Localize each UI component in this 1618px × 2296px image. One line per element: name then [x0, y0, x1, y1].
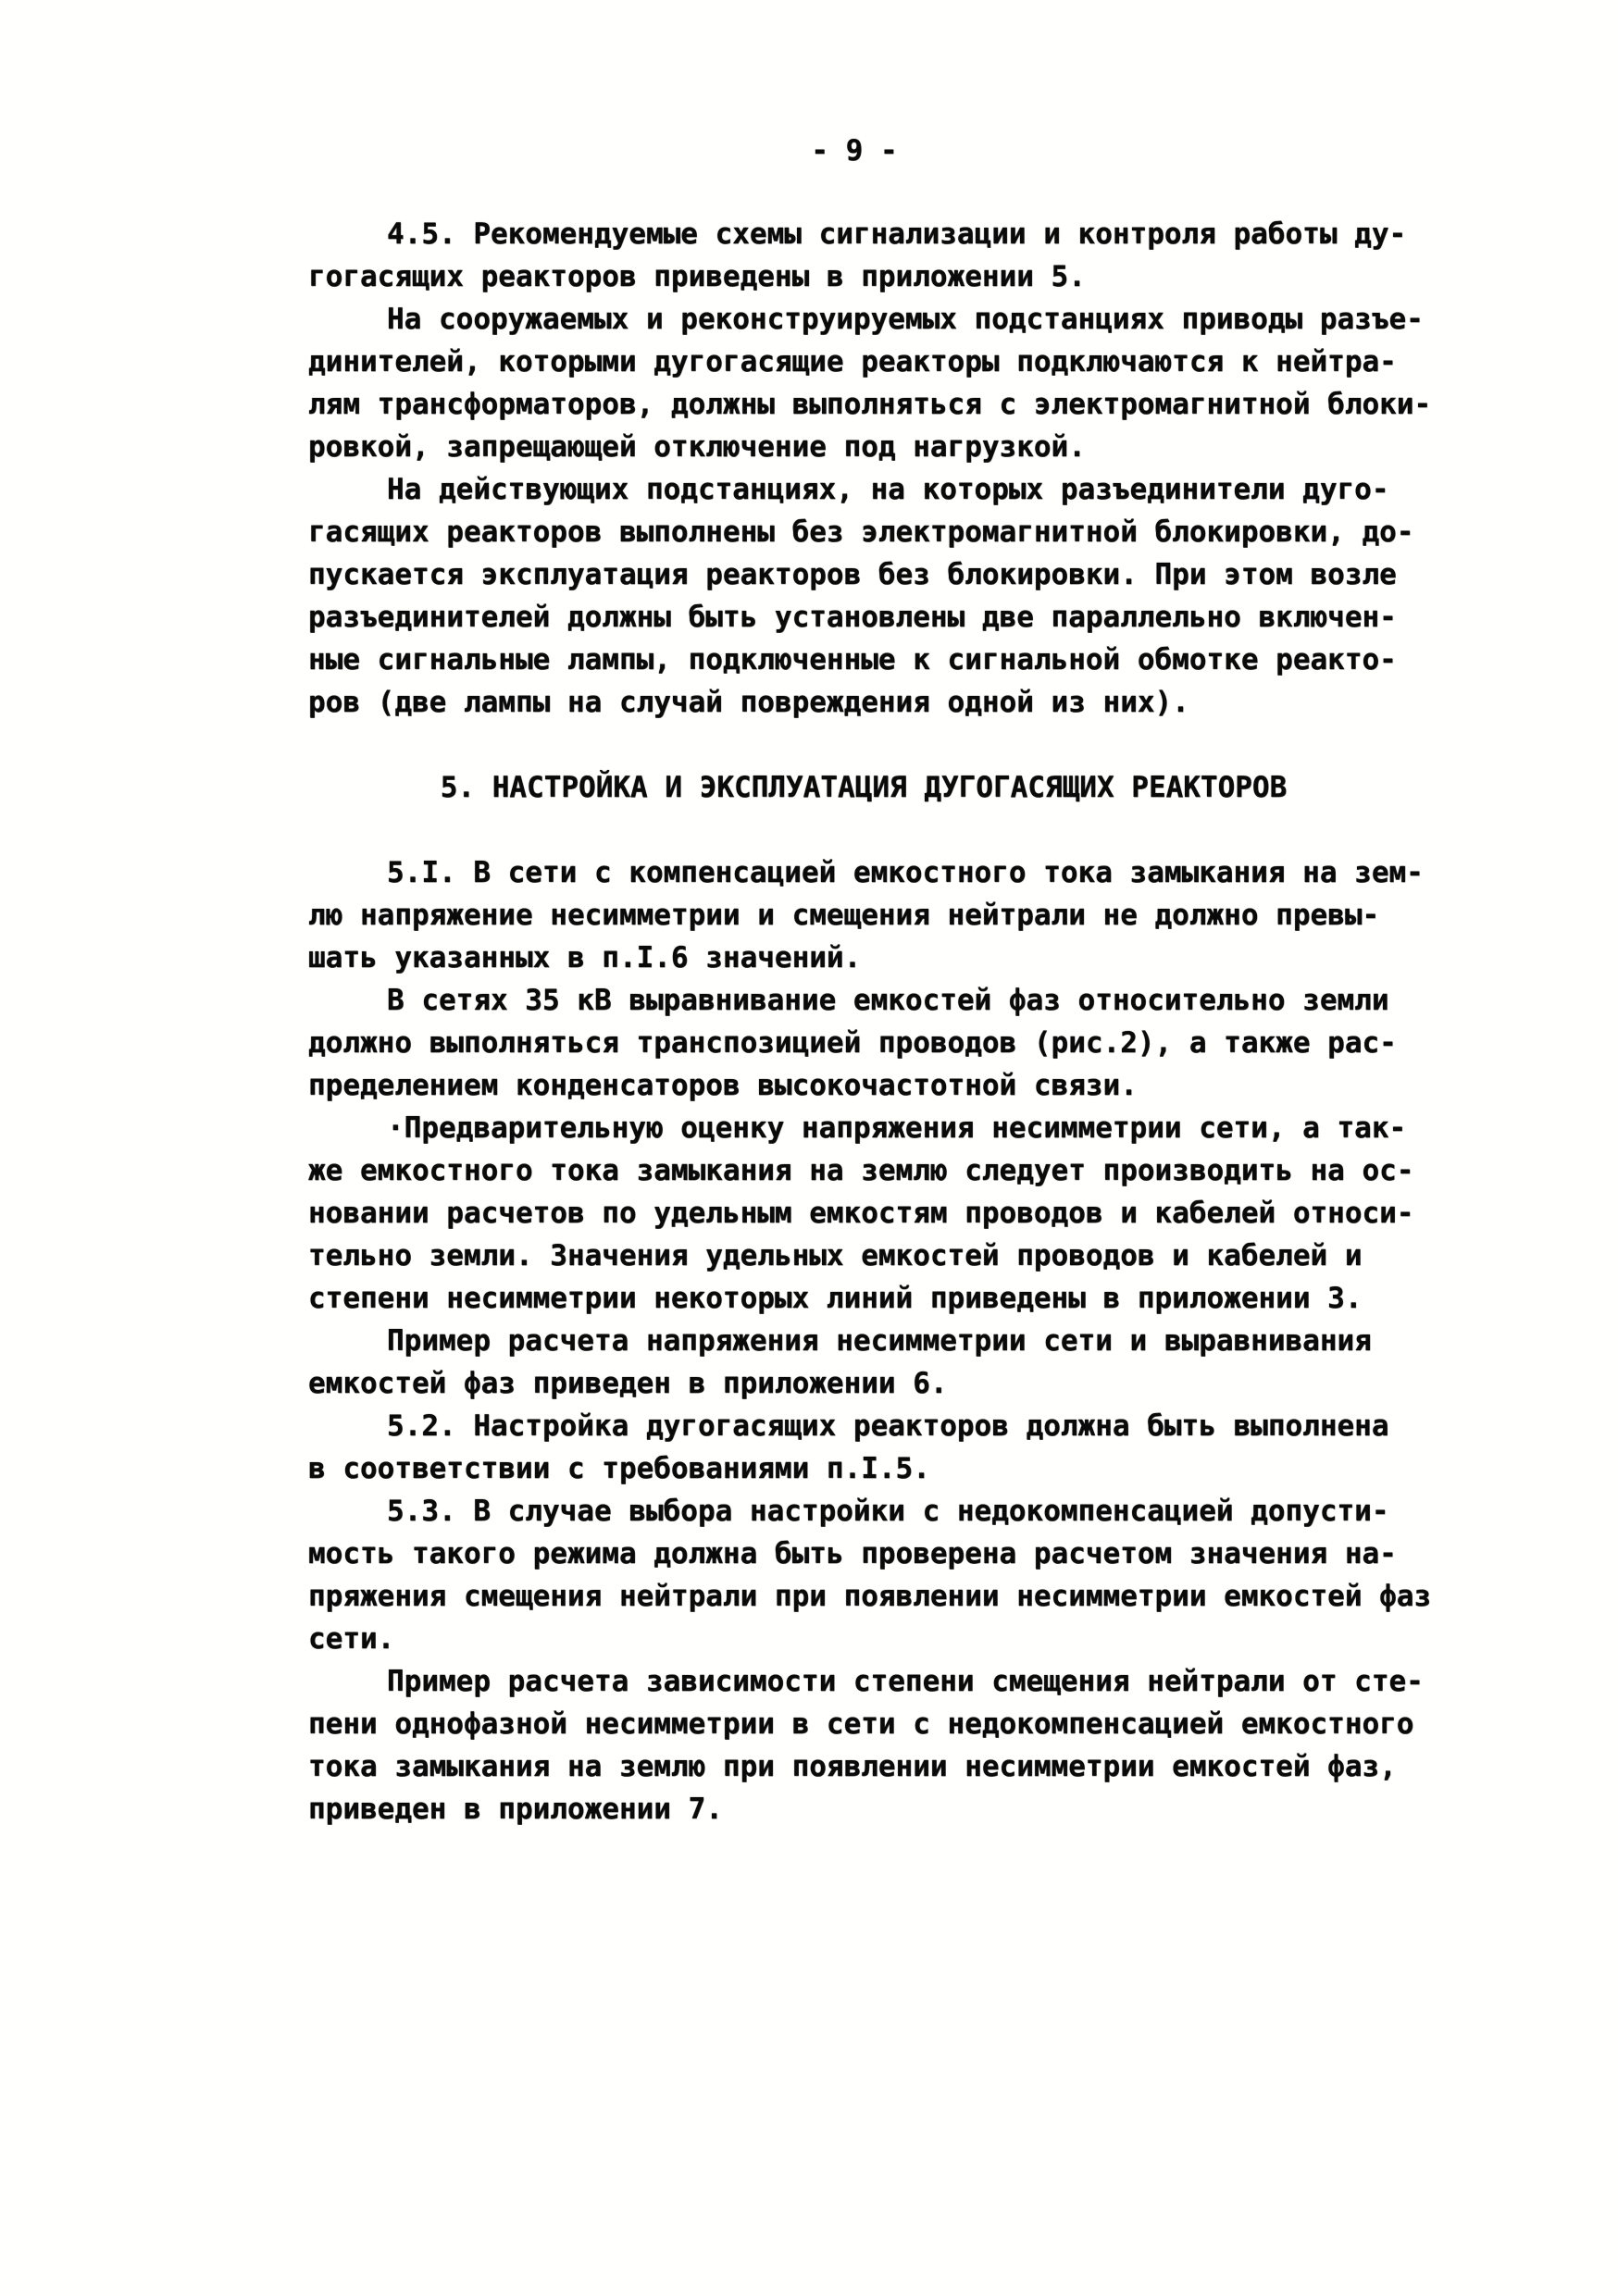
- text-line: пределением конденсаторов высокочастотно…: [308, 1064, 1419, 1107]
- text-line: тока замыкания на землю при появлении не…: [308, 1745, 1419, 1788]
- paragraph: В сетях 35 кВ выравнивание емкостей фаз …: [308, 979, 1419, 1107]
- text-line: шать указанных в п.I.6 значений.: [308, 937, 1419, 979]
- text-line: емкостей фаз приведен в приложении 6.: [308, 1362, 1419, 1405]
- scanned-document-page: - 9 - 4.5. Рекомендуемые схемы сигнализа…: [0, 0, 1618, 2296]
- text-line: в соответствии с требованиями п.I.5.: [308, 1447, 1419, 1490]
- text-line: приведен в приложении 7.: [308, 1788, 1419, 1831]
- text-line: В сетях 35 кВ выравнивание емкостей фаз …: [308, 979, 1419, 1022]
- text-line: пени однофазной несимметрии в сети с нед…: [308, 1703, 1419, 1745]
- paragraph: 5.3. В случае выбора настройки с недоком…: [308, 1490, 1419, 1660]
- paragraph: ·Предварительную оценку напряжения несим…: [308, 1107, 1419, 1320]
- text-line: 5.3. В случае выбора настройки с недоком…: [308, 1490, 1419, 1533]
- paragraph: Пример расчета зависимости степени смеще…: [308, 1660, 1419, 1831]
- text-line: Пример расчета зависимости степени смеще…: [308, 1660, 1419, 1703]
- paragraph: 4.5. Рекомендуемые схемы сигнализации и …: [308, 213, 1419, 298]
- text-line: На действующих подстанциях, на которых р…: [308, 468, 1419, 511]
- text-line: новании расчетов по удельным емкостям пр…: [308, 1192, 1419, 1235]
- text-line: тельно земли. Значения удельных емкостей…: [308, 1235, 1419, 1277]
- text-line: 5. НАСТРОЙКА И ЭКСПЛУАТАЦИЯ ДУГОГАСЯЩИХ …: [308, 766, 1419, 809]
- document-text-column: 4.5. Рекомендуемые схемы сигнализации и …: [308, 213, 1419, 1831]
- text-line: разъединителей должны быть установлены д…: [308, 596, 1419, 639]
- paragraph: 5.I. В сети с компенсацией емкостного то…: [308, 851, 1419, 979]
- text-line: ров (две лампы на случай повреждения одн…: [308, 681, 1419, 724]
- paragraph: На действующих подстанциях, на которых р…: [308, 468, 1419, 724]
- text-line: степени несимметрии некоторых линий прив…: [308, 1277, 1419, 1320]
- text-line: должно выполняться транспозицией проводо…: [308, 1022, 1419, 1064]
- text-line: мость такого режима должна быть проверен…: [308, 1533, 1419, 1575]
- paragraph: 5.2. Настройка дугогасящих реакторов дол…: [308, 1405, 1419, 1490]
- text-line: гасящих реакторов выполнены без электром…: [308, 511, 1419, 553]
- text-line: гогасящих реакторов приведены в приложен…: [308, 255, 1419, 298]
- text-line: лю напряжение несимметрии и смещения ней…: [308, 894, 1419, 937]
- text-line: ·Предварительную оценку напряжения несим…: [308, 1107, 1419, 1149]
- page-number: - 9 -: [308, 0, 1400, 172]
- text-line: сети.: [308, 1618, 1419, 1660]
- text-line: лям трансформаторов, должны выполняться …: [308, 383, 1419, 426]
- text-line: пряжения смещения нейтрали при появлении…: [308, 1575, 1419, 1618]
- text-line: 5.2. Настройка дугогасящих реакторов дол…: [308, 1405, 1419, 1447]
- text-line: динителей, которыми дугогасящие реакторы…: [308, 341, 1419, 383]
- text-line: На сооружаемых и реконструируемых подста…: [308, 298, 1419, 341]
- text-line: 4.5. Рекомендуемые схемы сигнализации и …: [308, 213, 1419, 255]
- text-line: ровкой, запрещающей отключение под нагру…: [308, 426, 1419, 468]
- text-line: же емкостного тока замыкания на землю сл…: [308, 1149, 1419, 1192]
- text-line: Пример расчета напряжения несимметрии се…: [308, 1320, 1419, 1362]
- text-line: 5.I. В сети с компенсацией емкостного то…: [308, 851, 1419, 894]
- text-line: ные сигнальные лампы, подключенные к сиг…: [308, 639, 1419, 681]
- paragraph: Пример расчета напряжения несимметрии се…: [308, 1320, 1419, 1405]
- paragraph: На сооружаемых и реконструируемых подста…: [308, 298, 1419, 468]
- text-line: пускается эксплуатация реакторов без бло…: [308, 553, 1419, 596]
- section-heading: 5. НАСТРОЙКА И ЭКСПЛУАТАЦИЯ ДУГОГАСЯЩИХ …: [308, 766, 1419, 809]
